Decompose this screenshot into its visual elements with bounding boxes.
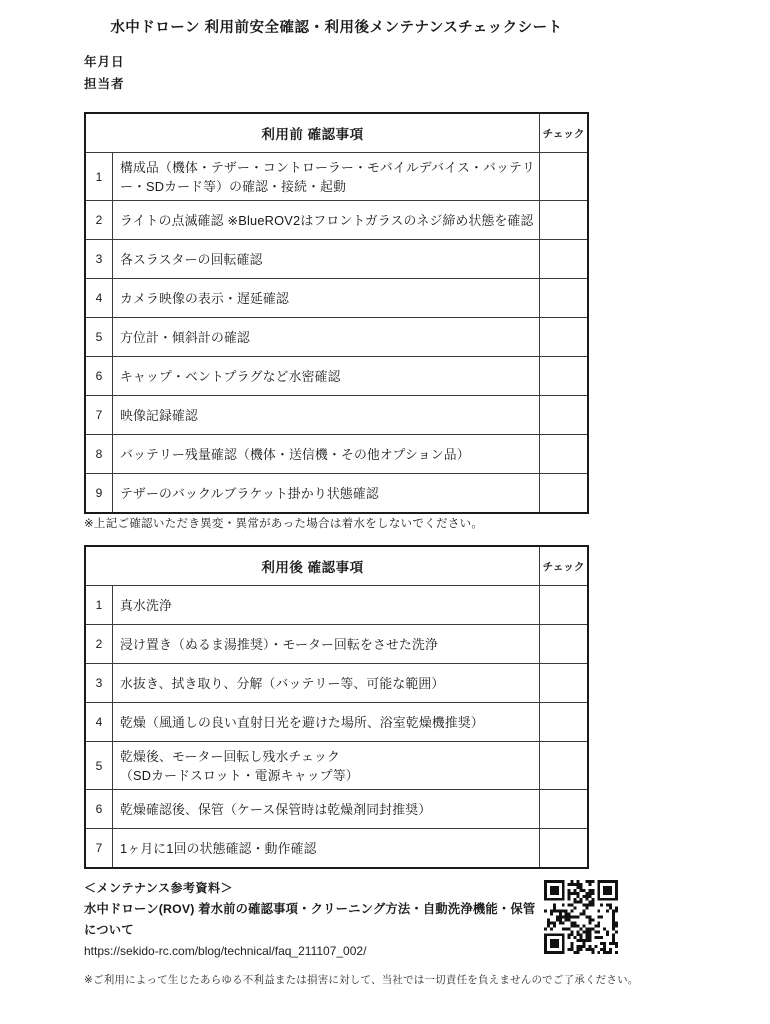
row-number: 3 xyxy=(86,664,113,702)
row-item-text: 乾燥（風通しの良い直射日光を避けた場所、浴室乾燥機推奨） xyxy=(113,703,539,741)
post-use-table-title: 利用後 確認事項 xyxy=(86,547,539,585)
reference-url-link[interactable]: https://sekido-rc.com/blog/technical/faq… xyxy=(84,944,366,958)
row-item-text: 真水洗浄 xyxy=(113,586,539,624)
check-cell[interactable] xyxy=(539,240,587,278)
check-cell[interactable] xyxy=(539,586,587,624)
pre-use-table-title: 利用前 確認事項 xyxy=(86,114,539,152)
table-row: 2 浸け置き（ぬるま湯推奨）・モーター回転をさせた洗浄 xyxy=(86,624,587,663)
row-number: 4 xyxy=(86,279,113,317)
row-item-text: 1ヶ月に1回の状態確認・動作確認 xyxy=(113,829,539,867)
row-item-text: カメラ映像の表示・遅延確認 xyxy=(113,279,539,317)
post-use-check-table: 利用後 確認事項 チェック 1 真水洗浄 2 浸け置き（ぬるま湯推奨）・モーター… xyxy=(84,545,589,869)
row-number: 3 xyxy=(86,240,113,278)
check-cell[interactable] xyxy=(539,201,587,239)
check-cell[interactable] xyxy=(539,318,587,356)
table-row: 4 乾燥（風通しの良い直射日光を避けた場所、浴室乾燥機推奨） xyxy=(86,702,587,741)
table-row: 1 構成品（機体・テザー・コントローラー・モバイルデバイス・バッテリー・SDカー… xyxy=(86,152,587,200)
row-item-text: キャップ・ベントプラグなど水密確認 xyxy=(113,357,539,395)
row-item-text: 方位計・傾斜計の確認 xyxy=(113,318,539,356)
row-number: 6 xyxy=(86,790,113,828)
pre-use-footnote: ※上記ご確認いただき異変・異常があった場合は着水をしないでください。 xyxy=(84,515,483,531)
table-row: 9 テザーのバックルブラケット掛かり状態確認 xyxy=(86,473,587,512)
post-use-check-column-header: チェック xyxy=(539,547,587,585)
row-item-text: バッテリー残量確認（機体・送信機・その他オプション品） xyxy=(113,435,539,473)
row-number: 9 xyxy=(86,474,113,512)
row-number: 6 xyxy=(86,357,113,395)
row-number: 7 xyxy=(86,829,113,867)
table-row: 2 ライトの点滅確認 ※BlueROV2はフロントガラスのネジ締め状態を確認 xyxy=(86,200,587,239)
check-cell[interactable] xyxy=(539,396,587,434)
table-row: 7 映像記録確認 xyxy=(86,395,587,434)
check-cell[interactable] xyxy=(539,279,587,317)
table-row: 7 1ヶ月に1回の状態確認・動作確認 xyxy=(86,828,587,867)
row-number: 5 xyxy=(86,318,113,356)
check-cell[interactable] xyxy=(539,625,587,663)
row-number: 4 xyxy=(86,703,113,741)
table-row: 5 方位計・傾斜計の確認 xyxy=(86,317,587,356)
row-number: 7 xyxy=(86,396,113,434)
row-item-text: 映像記録確認 xyxy=(113,396,539,434)
table-row: 8 バッテリー残量確認（機体・送信機・その他オプション品） xyxy=(86,434,587,473)
row-item-text: 乾燥確認後、保管（ケース保管時は乾燥剤同封推奨） xyxy=(113,790,539,828)
table-row: 6 乾燥確認後、保管（ケース保管時は乾燥剤同封推奨） xyxy=(86,789,587,828)
row-item-text: 水抜き、拭き取り、分解（バッテリー等、可能な範囲） xyxy=(113,664,539,702)
date-field-label: 年月日 xyxy=(84,52,125,70)
pre-use-check-column-header: チェック xyxy=(539,114,587,152)
pre-use-header-row: 利用前 確認事項 チェック xyxy=(86,114,587,152)
check-cell[interactable] xyxy=(539,357,587,395)
row-item-text: 構成品（機体・テザー・コントローラー・モバイルデバイス・バッテリー・SDカード等… xyxy=(113,153,539,200)
pre-use-check-table: 利用前 確認事項 チェック 1 構成品（機体・テザー・コントローラー・モバイルデ… xyxy=(84,112,589,514)
row-number: 5 xyxy=(86,742,113,789)
checksheet-page: 水中ドローン 利用前安全確認・利用後メンテナンスチェックシート 年月日 担当者 … xyxy=(0,0,770,1024)
qr-code-icon xyxy=(544,880,618,954)
check-cell[interactable] xyxy=(539,435,587,473)
check-cell[interactable] xyxy=(539,664,587,702)
check-cell[interactable] xyxy=(539,790,587,828)
row-number: 8 xyxy=(86,435,113,473)
row-item-text: 浸け置き（ぬるま湯推奨）・モーター回転をさせた洗浄 xyxy=(113,625,539,663)
check-cell[interactable] xyxy=(539,153,587,200)
reference-heading: ＜メンテナンス参考資料＞ xyxy=(84,878,539,899)
maintenance-reference-block: ＜メンテナンス参考資料＞ 水中ドローン(ROV) 着水前の確認事項・クリーニング… xyxy=(84,878,539,962)
table-row: 5 乾燥後、モーター回転し残水チェック （SDカードスロット・電源キャップ等） xyxy=(86,741,587,789)
reference-title: 水中ドローン(ROV) 着水前の確認事項・クリーニング方法・自動洗浄機能・保管に… xyxy=(84,899,539,941)
table-row: 3 水抜き、拭き取り、分解（バッテリー等、可能な範囲） xyxy=(86,663,587,702)
table-row: 3 各スラスターの回転確認 xyxy=(86,239,587,278)
row-item-text: ライトの点滅確認 ※BlueROV2はフロントガラスのネジ締め状態を確認 xyxy=(113,201,539,239)
table-row: 6 キャップ・ベントプラグなど水密確認 xyxy=(86,356,587,395)
check-cell[interactable] xyxy=(539,829,587,867)
post-use-header-row: 利用後 確認事項 チェック xyxy=(86,547,587,585)
row-item-text: 乾燥後、モーター回転し残水チェック （SDカードスロット・電源キャップ等） xyxy=(113,742,539,789)
row-number: 2 xyxy=(86,201,113,239)
disclaimer-text: ※ご利用によって生じたあらゆる不利益または損害に対して、当社では一切責任を負えま… xyxy=(84,972,639,987)
page-title: 水中ドローン 利用前安全確認・利用後メンテナンスチェックシート xyxy=(84,16,589,37)
row-number: 2 xyxy=(86,625,113,663)
table-row: 1 真水洗浄 xyxy=(86,585,587,624)
row-number: 1 xyxy=(86,153,113,200)
person-field-label: 担当者 xyxy=(84,74,125,92)
row-number: 1 xyxy=(86,586,113,624)
table-row: 4 カメラ映像の表示・遅延確認 xyxy=(86,278,587,317)
row-item-text: テザーのバックルブラケット掛かり状態確認 xyxy=(113,474,539,512)
check-cell[interactable] xyxy=(539,474,587,512)
check-cell[interactable] xyxy=(539,703,587,741)
row-item-text: 各スラスターの回転確認 xyxy=(113,240,539,278)
check-cell[interactable] xyxy=(539,742,587,789)
